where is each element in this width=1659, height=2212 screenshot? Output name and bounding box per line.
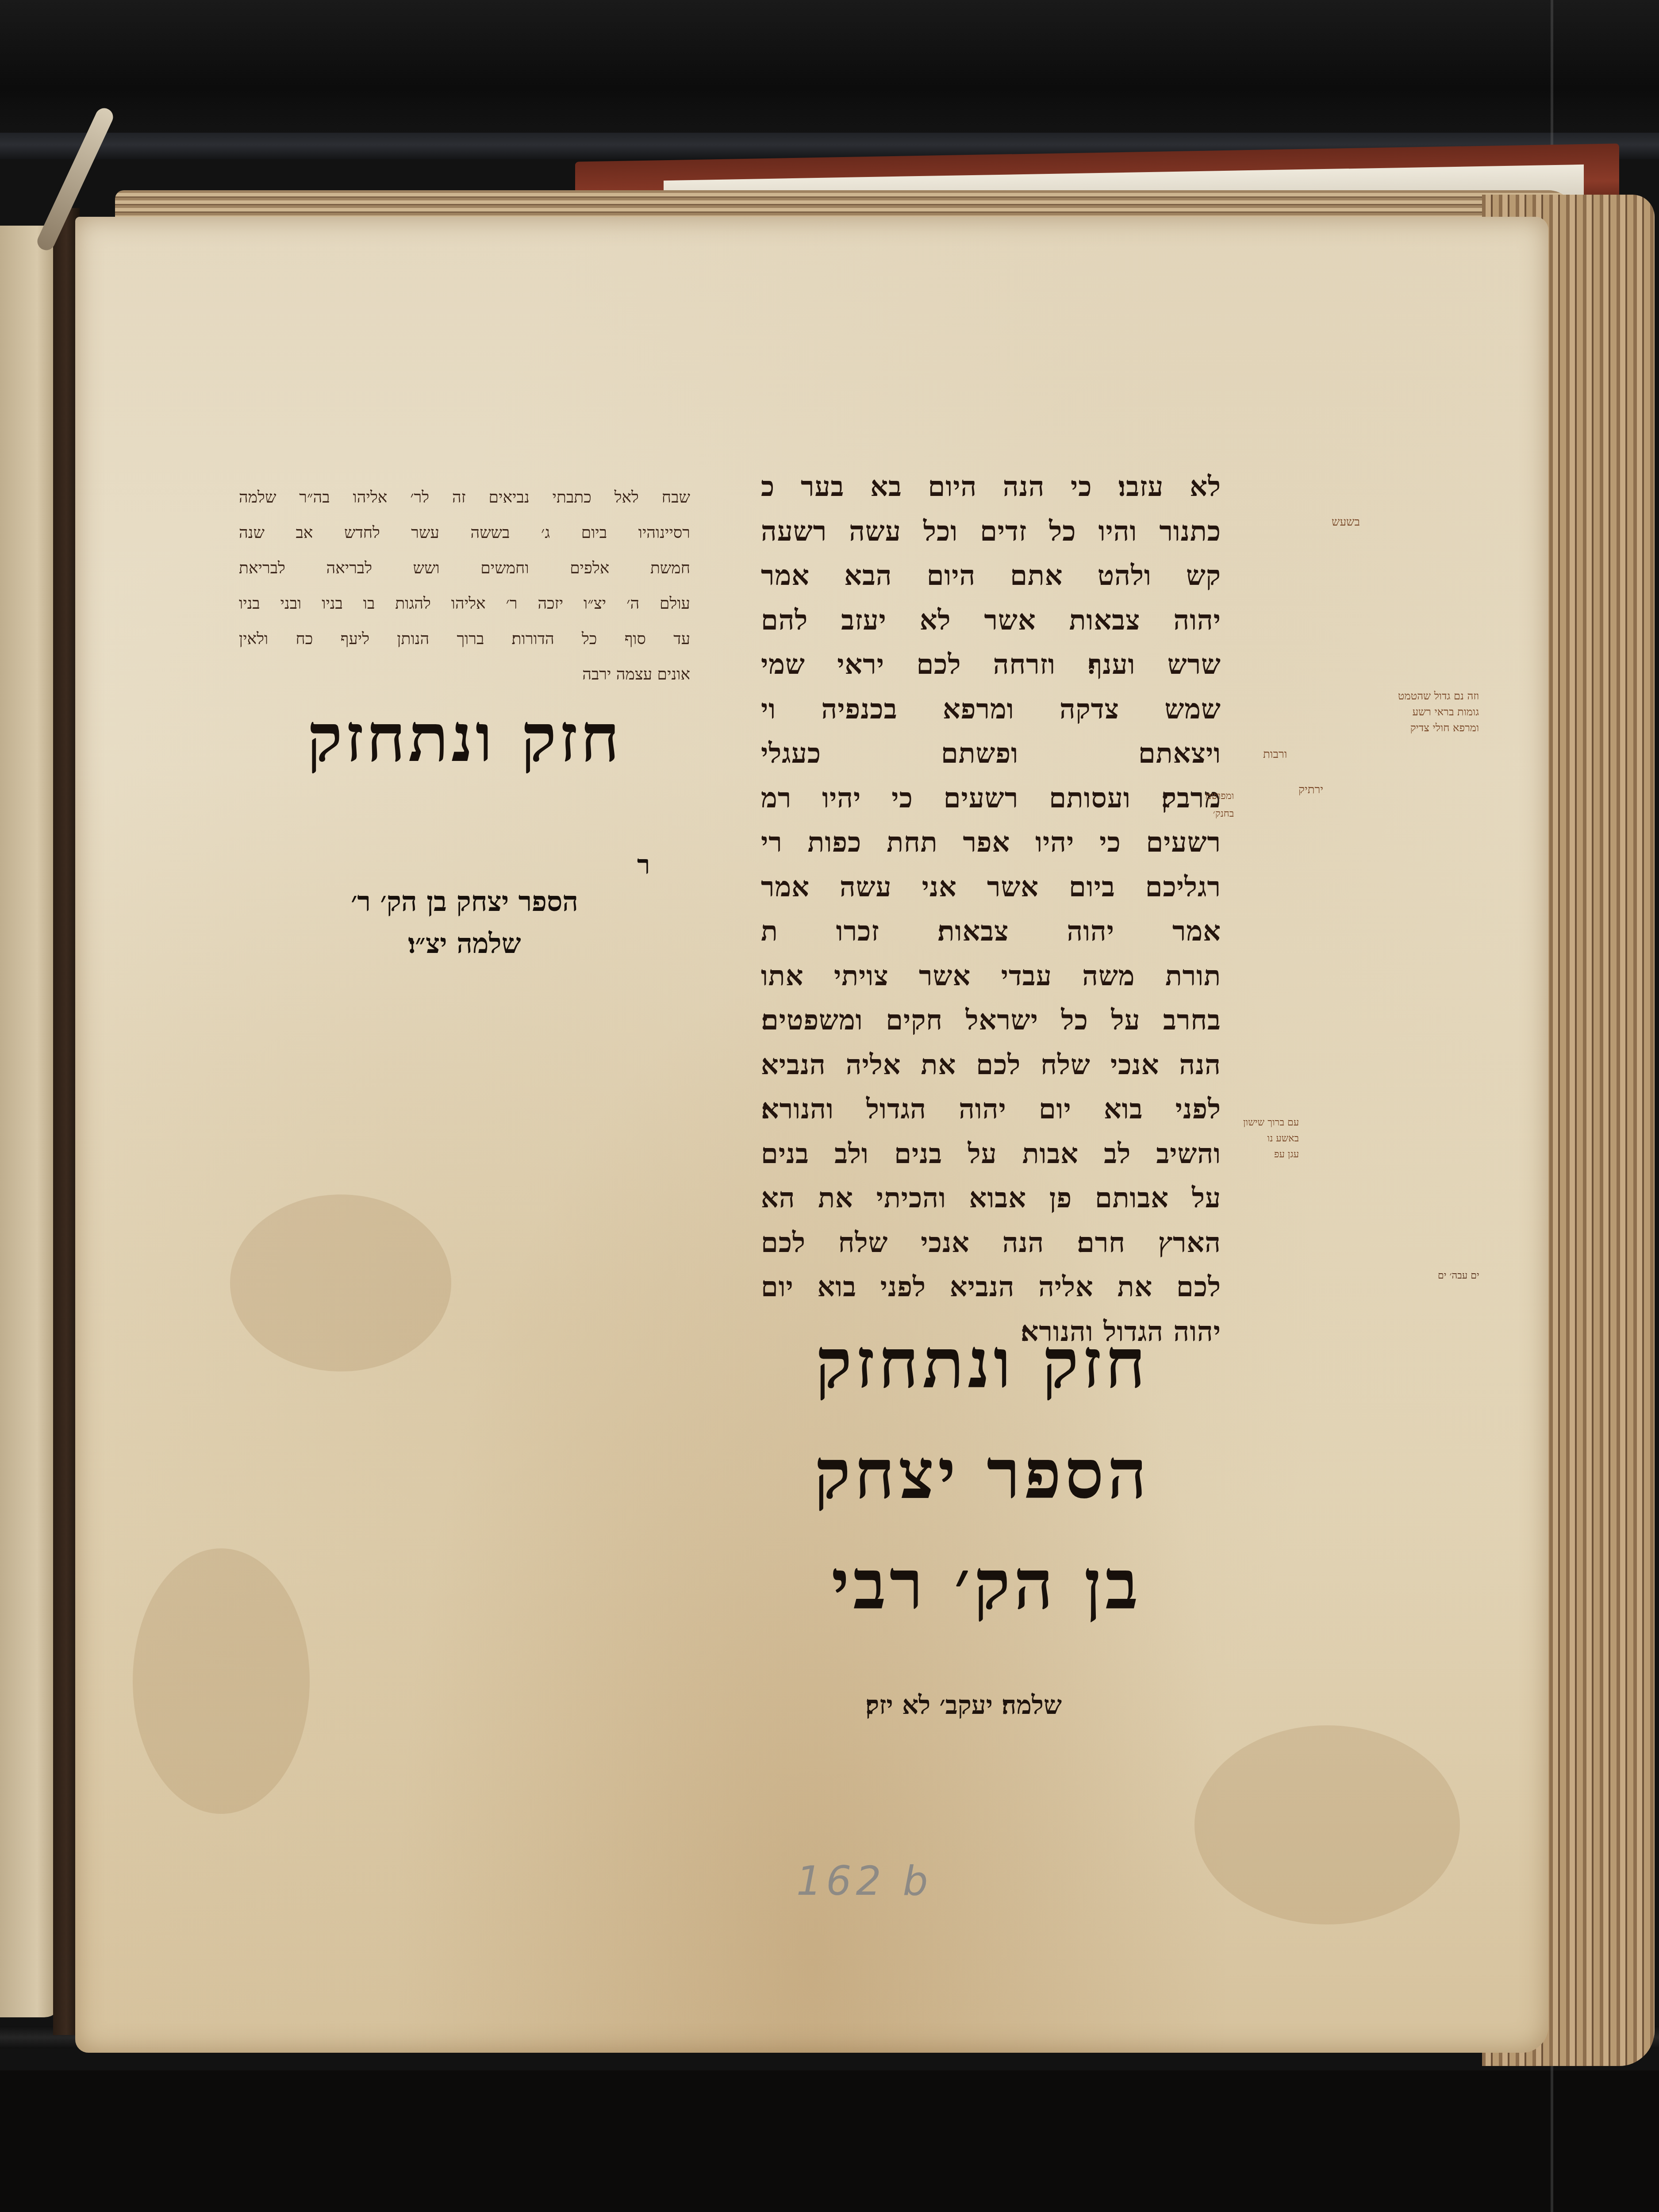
text-line: על אבותם פן אבוא והכיתי את הא [761,1176,1221,1221]
text-line: יהוה צבאות אשר לא יעזב להם [761,598,1221,643]
main-text-column: לא עזבו׃ כי הנה היום בא בער כ כתנור והיו… [761,465,1221,1354]
marginal-note-block: ומפושמ בחנק׳ [1206,787,1234,823]
colophon-line: רסיינוהיו ביום ג׳ בששה עשר לחדש אב שנה [239,515,690,551]
marginal-note: בשעש [1332,515,1360,529]
background-velvet-top [0,0,1659,146]
marginal-note: ורבות [1263,748,1287,761]
marginal-note-line: עם ברוך שישון [1243,1115,1299,1131]
marginal-note-line: ומרפא חולי צדיק [1398,720,1479,736]
colophon-line: אונים עצמה ירבה [239,657,690,692]
scribe-line: שלמה יצ״ו׃ [288,922,641,964]
text-line: לא עזבו׃ כי הנה היום בא בער כ [761,465,1221,509]
colophon-line: עולם ה׳ יצ״ו יזכה ר׳ אליהו להגות בו בניו… [239,586,690,622]
marginal-note-line: ומפושמ [1206,787,1234,805]
text-line: והשיב לב אבות על בנים ולב בנים [761,1132,1221,1176]
facing-page-edge [0,226,62,2017]
text-line: לפני בוא יום יהוה הגדול והנורא׃ [761,1087,1221,1132]
marginal-note-line: וזה נם גדול שהטמט [1398,688,1479,704]
text-line: שמש צדקה ומרפא בכנפיה וי [761,687,1221,732]
colophon-signoff: שלמה׃ יעקב׳ לא יזק׃ [708,1690,1062,1720]
text-line: קש ולהט אתם היום הבא אמר [761,553,1221,598]
marginal-note-line: עגן עפ [1243,1147,1299,1163]
text-line: שרש וענף׃ וזרחה לכם יראי שמי [761,642,1221,687]
stain [133,1548,310,1814]
stain [1194,1725,1460,1924]
marginal-note-line: בחנק׳ [1206,805,1234,823]
marginal-note-line: באשע נו [1243,1131,1299,1147]
background-velvet-bottom [0,2070,1659,2212]
scribe-signature-left: הספר יצחק בן הק׳ ר׳ שלמה יצ״ו׃ [288,880,641,964]
text-line: אמר יהוה צבאות׃ זכרו ת [761,909,1221,954]
text-line: כתנור והיו כל זדים וכל עשה רשעה [761,509,1221,554]
chazak-heading-right: חזק ונתחזק [743,1323,1221,1404]
scribe-name-heading: הספר יצחק [743,1433,1221,1515]
text-line: תורת משה עבדי אשר צויתי אתו [761,954,1221,998]
text-line: מרבק׃ ועסותם רשעים כי יהיו רמ [761,776,1221,821]
marginal-note-block: וזה נם גדול שהטמט גומות בראי רשע ומרפא ח… [1398,688,1479,736]
colophon-line: חמשת אלפים וחמשים ושש לבריאה לבריאת [239,551,690,586]
stain [230,1194,451,1371]
text-line: רשעים כי יהיו אפר תחת כפות רי [761,820,1221,865]
text-line: רגליכם ביום אשר אני עשה אמר [761,865,1221,910]
text-line: לכם את אליה הנביא לפני בוא יום [761,1265,1221,1310]
scribe-colophon: שבח לאל כתבתי נביאים זה לר׳ אליהו בה״ר ש… [239,480,690,692]
colophon-line: שבח לאל כתבתי נביאים זה לר׳ אליהו בה״ר ש… [239,480,690,515]
marginal-note: ים עבה׳ ים [1438,1270,1479,1281]
marginal-note-block: עם ברוך שישון באשע נו עגן עפ [1243,1115,1299,1163]
text-line: הארץ חרם׃ הנה אנכי שלח לכם [761,1221,1221,1265]
scribe-father-heading: בן הק׳ רבי [787,1544,1186,1625]
text-line: הנה אנכי שלח לכם את אליה הנביא [761,1043,1221,1087]
text-line: בחרב על כל ישראל חקים ומשפטים׃ [761,998,1221,1043]
text-line: ויצאתם ופשתם כעגלי [761,731,1221,776]
folio-number: 162 b [796,1858,933,1905]
resh-mark: ר [637,849,650,880]
chazak-heading-left: חזק ונתחזק [239,699,690,777]
marginal-note: ירתיק [1298,783,1323,796]
scribe-line: הספר יצחק בן הק׳ ר׳ [288,880,641,922]
marginal-note-line: גומות בראי רשע [1398,704,1479,720]
colophon-line: עד סוף כל הדורות׃ ברוך הנותן ליעף כח ולא… [239,622,690,657]
